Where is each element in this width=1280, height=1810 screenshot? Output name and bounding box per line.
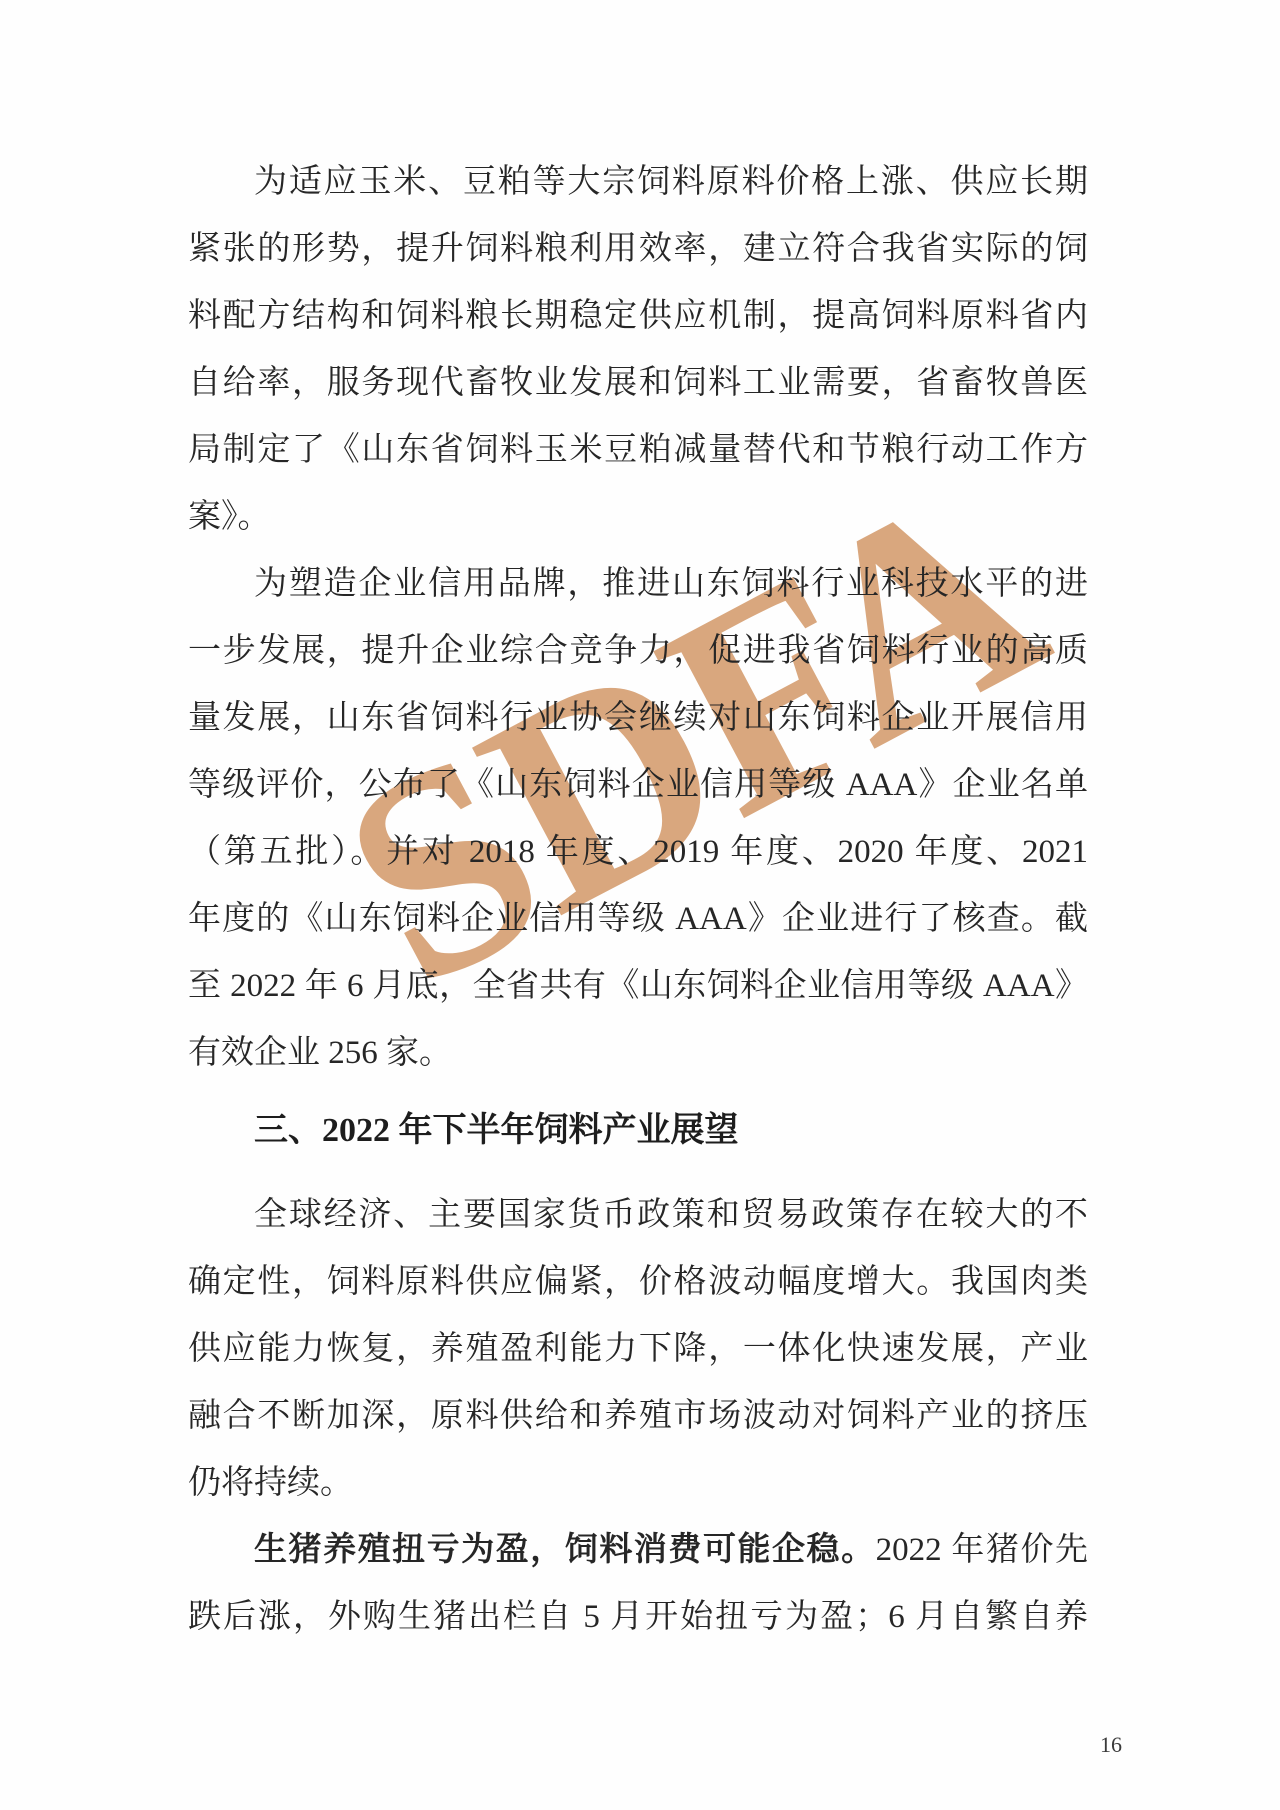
text-segment: （第五批）。并对 2018 年度、2019 年度、2020 年度、2021	[188, 834, 1088, 870]
text-line: 等级评价，公布了《山东饲料企业信用等级 AAA》企业名单	[188, 752, 1088, 819]
text-segment: 料配方结构和饲料粮长期稳定供应机制，提高饲料原料省内	[188, 298, 1088, 334]
text-line: 全球经济、主要国家货币政策和贸易政策存在较大的不	[188, 1182, 1088, 1249]
text-line: 料配方结构和饲料粮长期稳定供应机制，提高饲料原料省内	[188, 283, 1088, 350]
section-heading: 三、2022 年下半年饲料产业展望	[188, 1097, 1088, 1164]
text-line: 一步发展，提升企业综合竞争力，促进我省饲料行业的高质	[188, 618, 1088, 685]
text-block: 为适应玉米、豆粕等大宗饲料原料价格上涨、供应长期紧张的形势，提升饲料粮利用效率，…	[188, 149, 1088, 1651]
document-page: SDFA 为适应玉米、豆粕等大宗饲料原料价格上涨、供应长期紧张的形势，提升饲料粮…	[0, 0, 1280, 1810]
text-line: 年度的《山东饲料企业信用等级 AAA》企业进行了核查。截	[188, 886, 1088, 953]
text-line: 局制定了《山东省饲料玉米豆粕减量替代和节粮行动工作方	[188, 417, 1088, 484]
text-segment: 仍将持续。	[188, 1465, 353, 1501]
text-line: 仍将持续。	[188, 1450, 1088, 1517]
text-line: 至 2022 年 6 月底，全省共有《山东饲料企业信用等级 AAA》	[188, 953, 1088, 1020]
text-line: 供应能力恢复，养殖盈利能力下降，一体化快速发展，产业	[188, 1316, 1088, 1383]
text-segment: 有效企业 256 家。	[188, 1035, 452, 1071]
text-segment: 自给率，服务现代畜牧业发展和饲料工业需要，省畜牧兽医	[188, 365, 1088, 401]
text-segment: 供应能力恢复，养殖盈利能力下降，一体化快速发展，产业	[188, 1331, 1088, 1367]
text-segment: 量发展，山东省饲料行业协会继续对山东饲料企业开展信用	[188, 700, 1088, 736]
text-segment: 至 2022 年 6 月底，全省共有《山东饲料企业信用等级 AAA》	[188, 968, 1088, 1004]
text-segment: 年度的《山东饲料企业信用等级 AAA》企业进行了核查。截	[188, 901, 1088, 937]
text-segment: 全球经济、主要国家货币政策和贸易政策存在较大的不	[254, 1197, 1088, 1233]
text-line: 量发展，山东省饲料行业协会继续对山东饲料企业开展信用	[188, 685, 1088, 752]
text-segment: 生猪养殖扭亏为盈，饲料消费可能企稳。	[254, 1532, 876, 1568]
text-line: 为适应玉米、豆粕等大宗饲料原料价格上涨、供应长期	[188, 149, 1088, 216]
text-segment: 2022 年猪价先	[876, 1532, 1088, 1568]
text-line: 为塑造企业信用品牌，推进山东饲料行业科技水平的进	[188, 551, 1088, 618]
text-line: 有效企业 256 家。	[188, 1020, 1088, 1087]
text-line: 确定性，饲料原料供应偏紧，价格波动幅度增大。我国肉类	[188, 1249, 1088, 1316]
text-segment: 跌后涨，外购生猪出栏自 5 月开始扭亏为盈；6 月自繁自养	[188, 1599, 1088, 1635]
text-segment: 融合不断加深，原料供给和养殖市场波动对饲料产业的挤压	[188, 1398, 1088, 1434]
text-segment: 为塑造企业信用品牌，推进山东饲料行业科技水平的进	[254, 566, 1088, 602]
text-segment: 三、2022 年下半年饲料产业展望	[254, 1112, 739, 1149]
text-line: 自给率，服务现代畜牧业发展和饲料工业需要，省畜牧兽医	[188, 350, 1088, 417]
text-line: 跌后涨，外购生猪出栏自 5 月开始扭亏为盈；6 月自繁自养	[188, 1584, 1088, 1651]
text-segment: 确定性，饲料原料供应偏紧，价格波动幅度增大。我国肉类	[188, 1264, 1088, 1300]
text-line: 案》。	[188, 484, 1088, 551]
text-line: 紧张的形势，提升饲料粮利用效率，建立符合我省实际的饲	[188, 216, 1088, 283]
text-segment: 等级评价，公布了《山东饲料企业信用等级 AAA》企业名单	[188, 767, 1088, 803]
text-line: 融合不断加深，原料供给和养殖市场波动对饲料产业的挤压	[188, 1383, 1088, 1450]
text-segment: 案》。	[188, 499, 271, 535]
text-segment: 为适应玉米、豆粕等大宗饲料原料价格上涨、供应长期	[254, 164, 1088, 200]
text-segment: 一步发展，提升企业综合竞争力，促进我省饲料行业的高质	[188, 633, 1088, 669]
text-line: 生猪养殖扭亏为盈，饲料消费可能企稳。2022 年猪价先	[188, 1517, 1088, 1584]
text-segment: 紧张的形势，提升饲料粮利用效率，建立符合我省实际的饲	[188, 231, 1088, 267]
text-segment: 局制定了《山东省饲料玉米豆粕减量替代和节粮行动工作方	[188, 432, 1088, 468]
text-line: （第五批）。并对 2018 年度、2019 年度、2020 年度、2021	[188, 819, 1088, 886]
page-number: 16	[1100, 1732, 1122, 1758]
